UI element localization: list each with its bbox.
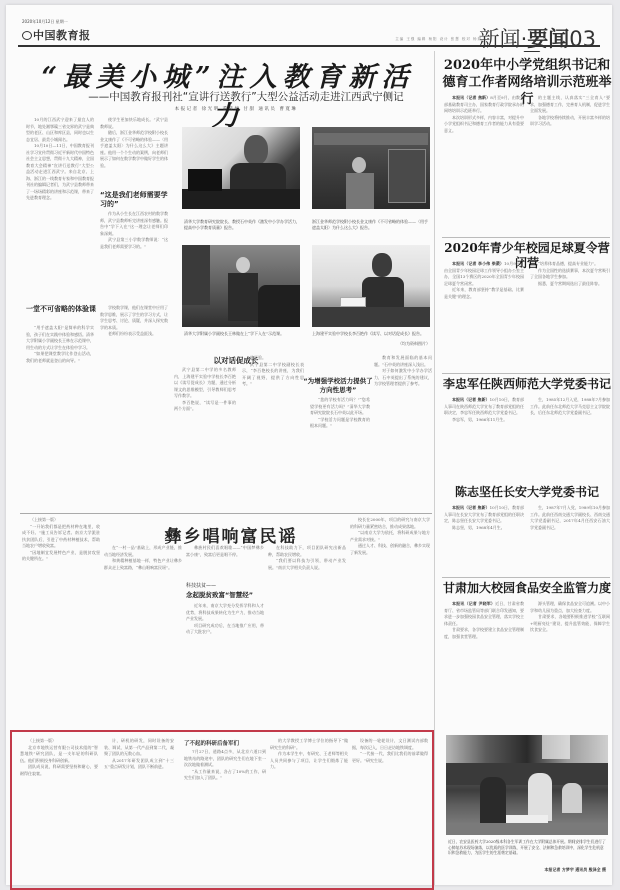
photo-speaker-1 xyxy=(182,127,300,209)
right-article-1-col-1: 本报讯（记者 焦新）8月至9月，由教育部基础教育司主办，国家教育行政学院承办的网… xyxy=(444,95,524,235)
cpr-training-photo xyxy=(446,735,608,835)
subhead-2: 一堂不可省略的体验课 xyxy=(26,305,96,314)
feature-headline: 彝乡唱响富民谣 xyxy=(156,522,306,547)
boxed-body-col-5: 设备的一轮轮设计，文日测试内部数据，每次记入，日日走访地铁调度。“一代接一代，我… xyxy=(352,738,428,884)
photo-credit: （均为资料图片） xyxy=(386,341,430,347)
feature-body-col-3: 彝族村民们喜欢唱歌——“中国梦彝乡富小康”，致富后更是唱不停。 xyxy=(186,545,264,585)
right-headline-3: 李忠军任陕西师范大学党委书记 xyxy=(442,377,612,392)
feature-body-col-4: 在科技助力下，项目团队研究出新品种，帮助农民增收。“我们要以科技为引领，带动产业… xyxy=(268,545,346,725)
page-number: 03 xyxy=(569,27,596,51)
feature-body-col-2: 在“一村一品”基础上，形成产业链，推动当地经济发展。和黄精种植基地一样，特色产业… xyxy=(104,545,182,725)
right-divider-3 xyxy=(442,577,610,578)
right-article-4-col-1: 本报讯（记者 焦新）10月10日，教育部人事司在长安大学宣布了教育部党组的任职决… xyxy=(444,505,524,573)
feature-body-col-3b: 近年来，南京大学充分发挥学科和人才优势，将科技成果转化为生产力，推动当地产业发展… xyxy=(186,603,264,725)
right-headline-4: 陈志坚任长安大学党委书记 xyxy=(442,485,612,500)
lead-body-col-6: 教育和发展面临的基本问题。”石中英的讲座深入浅出。对于如何激发中小学办学活力，石… xyxy=(374,355,432,513)
lead-body-col-5: “您的学校有活力吗？”“您希望学校更有活力吗？”清华大学教育研究院院长石中英以此… xyxy=(310,397,370,513)
dateline-1: 本报讯（记者 焦新） xyxy=(452,95,490,100)
right-article-2-col-1: 本报讯（记者 李小伟 柴葳）10月9日，由全国青少年校园足球工作领导小组办公室主… xyxy=(444,261,524,373)
lead-body-col-3: 武宁县第二中学的多名教师内，上海建平实验中学校长李百艳以《读写促成长》为题，通过… xyxy=(174,367,236,513)
section-divider xyxy=(20,513,432,514)
boxed-body-col-2: 计，研机的研发，同时设备的安装、调试，从第一代产品到第二代，凝聚了团队的无数心血… xyxy=(104,738,174,884)
logo-text: 中国教育报 xyxy=(33,29,91,42)
section-label: 新闻 xyxy=(479,27,521,51)
lead-body-col-1: 10月的江西武宁迎来了最宜人的时节，地处湘鄂赣三省交界的武宁是典型的老区、山区和… xyxy=(26,117,94,303)
boxed-body-col-3: 7月27日，道路4点多，从北京六道口到地铁站的路途中，团队的研究生们在地下室一次… xyxy=(184,749,266,884)
newspaper-logo: 中国教育报 xyxy=(22,27,91,43)
photo-caption-2: 浙江金华师范学校附小校长金文康作《不可省略的体验——〈用手遮盖太阳〉为什么这么大… xyxy=(312,219,430,231)
photo-caption-1: 清华大学教育研究院院长、教授石中英作《激发中小学办学活力，提高中小学教育质量》报… xyxy=(184,219,300,231)
lead-body-col-2c: 学校数学课，他们在课堂中应用了数学思维，展示了学生的学习方式，让学生思考、讨论、… xyxy=(100,305,168,513)
lead-body-col-2b: 作为从小生长在江西农村的数学教师，武宁县教师听完讲座深有感触。报告中“学下入在”… xyxy=(100,211,168,303)
cpr-photo-credit: 本报记者 方梦宇 通讯员 殷泽全 摄 xyxy=(506,867,606,873)
right-article-1-col-2: 的主题主线，认真落实“三全育人”要求，加强德育工作，完善育人机制，促进学生全面发… xyxy=(530,95,610,235)
newspaper-page: 2020年10月12日 星期一 中国教育报 主编 王强 编辑 杨阳 设计 张慧 … xyxy=(6,5,612,885)
right-divider-1 xyxy=(442,237,610,238)
lead-body-col-1b: “用手遮盖太阳”是简单的科学实验，孩子们在实践中体验和感悟。清华大学附属小学副校… xyxy=(26,325,94,513)
feature-subhead: 念起脱贫致富“智慧经” xyxy=(186,590,268,599)
right-article-3-col-1: 本报讯（记者 焦新）10月10日，教育部人事司在陕西师范大学宣布了教育部党组的任… xyxy=(444,397,524,477)
right-article-3-col-2: 生，1985年12月入党，1988年7月参加工作。此前任东北师范大学马克思主义学… xyxy=(530,397,610,477)
date-line: 2020年10月12日 星期一 xyxy=(22,19,68,25)
right-article-5-col-1: 本报讯（记者 尹晓军）近日，甘肃省教育厅、省市场监管局等部门联合印发通知，要求进… xyxy=(444,601,524,721)
lead-subheadline: ——中国教育报刊社“宣讲行送教行”大型公益活动走进江西武宁侧记 xyxy=(66,89,426,104)
photo-speaker-3 xyxy=(182,245,300,327)
boxed-body-col-1: （上接第一版） 北京市地铁运营有限公司技术组的“智慧地铁”研究团队，是一支年轻的… xyxy=(20,738,98,884)
dateline-5: 本报讯（记者 尹晓军） xyxy=(452,601,495,606)
feature-body-col-5: 校长在2000年，项目的研究与南京大学的科研力量紧密结合，推动成果落地。“以南京… xyxy=(350,517,430,725)
masthead: 2020年10月12日 星期一 中国教育报 主编 王强 编辑 杨阳 设计 张慧 … xyxy=(18,15,600,47)
feature-body-col-1: （上接第一版） “一开始我们都是把药材种在地里，收成不好。”施工员告诉记者。南京… xyxy=(22,517,100,725)
photo-caption-4: 上海建平实验中学校长李百艳作《读写、以对话促成长》报告。 xyxy=(312,331,430,337)
photo-caption-3: 清华大学附属小学副校长王林做在上“学下入在”示范课。 xyxy=(184,331,300,337)
subhead-4: “为增强学校活力提供了方向性思考” xyxy=(302,377,374,394)
dateline-2: 本报讯（记者 李小伟 柴葳） xyxy=(452,261,504,266)
masthead-rule xyxy=(18,45,600,47)
lead-body-col-4: 的经验。武宁县第二中学校副校长表示，“李百艳校长的讲座，为我们开阔了视野，提供了… xyxy=(242,355,304,513)
right-article-5-col-2: 源头管理，确保食品安全可追溯。以中小学和幼儿园为重点，加大检查力度。甘肃要求，各… xyxy=(530,601,610,721)
subhead-1: “这是我们老师需要学习的” xyxy=(100,191,170,209)
right-headline-5: 甘肃加大校园食品安全监管力度 xyxy=(442,581,612,596)
boxed-body-col-4: 的大学教授工学博士学位的指导下“做研究生的科研”。作为本学生中，有研究、王老师等… xyxy=(270,738,348,884)
feature-subhead-kicker: 科技扶贫—— xyxy=(186,582,266,589)
photo-speaker-4 xyxy=(312,245,430,327)
lead-byline: 本报记者 徐光明 董筱婷 甘甜 通讯员 曹寛琳 xyxy=(136,106,336,112)
dateline-4: 本报讯（记者 焦新） xyxy=(452,505,490,510)
boxed-subhead: 了不起的科研后备军们 xyxy=(184,739,272,747)
photo-speaker-2 xyxy=(312,127,430,209)
dateline-3: 本报讯（记者 焦新） xyxy=(452,397,490,402)
right-article-2-col-2: “培养体育品德，提高专业能力”。作为全国性的选拔赛事，本次夏令营吸引了全国各地学… xyxy=(530,261,610,373)
column-divider xyxy=(434,51,435,885)
editor-credits: 主编 王强 编辑 杨阳 设计 张慧 校对 杨娟 xyxy=(395,37,482,42)
logo-ring-icon xyxy=(22,31,32,40)
right-article-4-col-2: 生，1987年7月入党，1989年10月参加工作。此前任西南交通大学副校长、西南… xyxy=(530,505,610,573)
cpr-photo-caption: 近日，农安县医药大学2020级本科各生军训工作在大学附属总体开展。期间安排学生们… xyxy=(448,839,606,856)
right-divider-2 xyxy=(442,373,610,374)
